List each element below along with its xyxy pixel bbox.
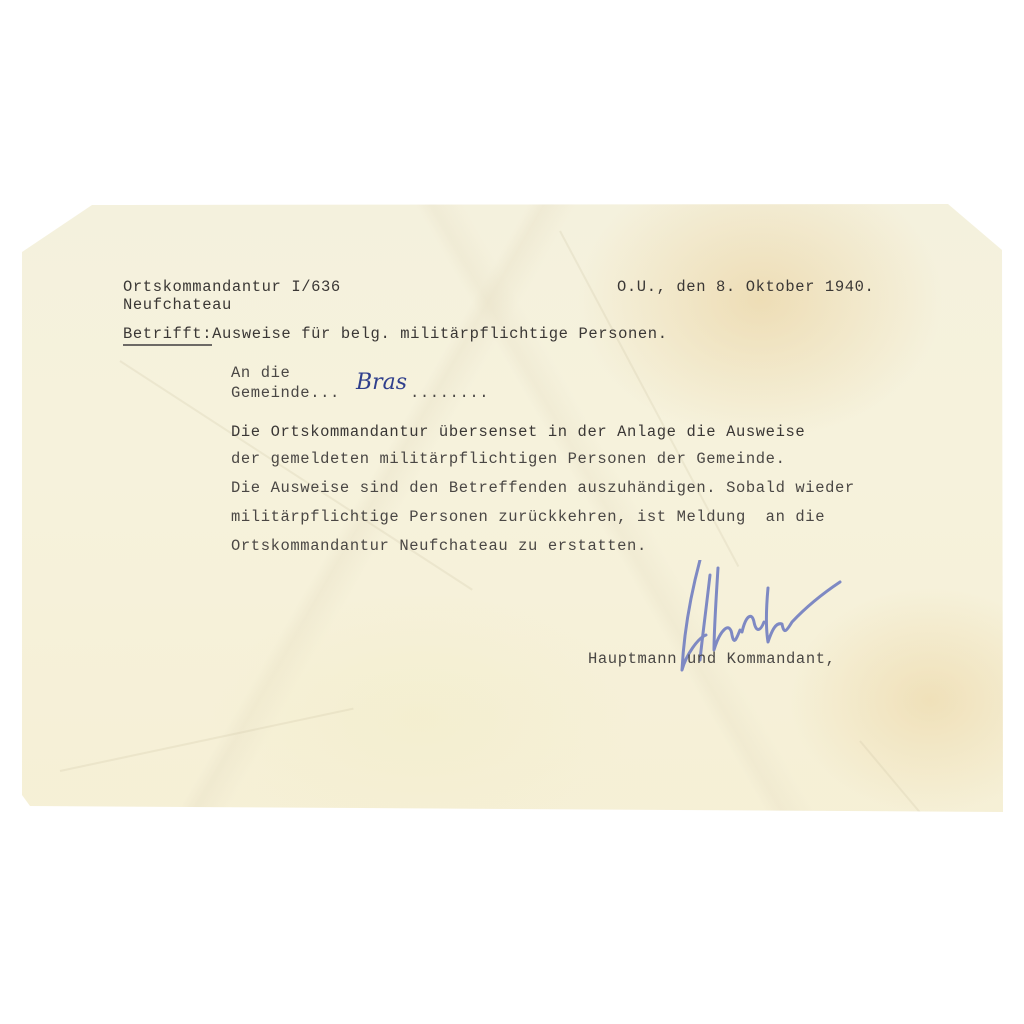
recipient-line-1: An die bbox=[231, 366, 290, 382]
recipient-prefix: Gemeinde bbox=[231, 384, 310, 402]
sender-office: Ortskommandantur I/636 bbox=[123, 280, 341, 296]
signature-icon bbox=[680, 560, 850, 690]
paper-crease bbox=[859, 740, 938, 833]
subject-line: Betrifft:Ausweise für belg. militärpflic… bbox=[123, 327, 668, 343]
dateline: O.U., den 8. Oktober 1940. bbox=[617, 280, 874, 296]
body-line-5: Ortskommandantur Neufchateau zu erstatte… bbox=[231, 539, 647, 555]
handwritten-municipality: Bras bbox=[356, 370, 407, 395]
recipient-dots-after: ........ bbox=[410, 384, 489, 402]
sender-location: Neufchateau bbox=[123, 298, 232, 314]
body-line-4: militärpflichtige Personen zurückkehren,… bbox=[231, 510, 825, 526]
subject-label: Betrifft: bbox=[123, 325, 212, 346]
paper-crease bbox=[60, 708, 354, 772]
subject-text: Ausweise für belg. militärpflichtige Per… bbox=[212, 325, 667, 343]
body-line-1: Die Ortskommandantur übersenset in der A… bbox=[231, 425, 805, 441]
signature-title: Hauptmann und Kommandant, bbox=[588, 652, 836, 668]
body-line-2: der gemeldeten militärpflichtigen Person… bbox=[231, 452, 785, 468]
recipient-dots-before: ... bbox=[310, 384, 340, 402]
body-line-3: Die Ausweise sind den Betreffenden auszu… bbox=[231, 481, 855, 497]
